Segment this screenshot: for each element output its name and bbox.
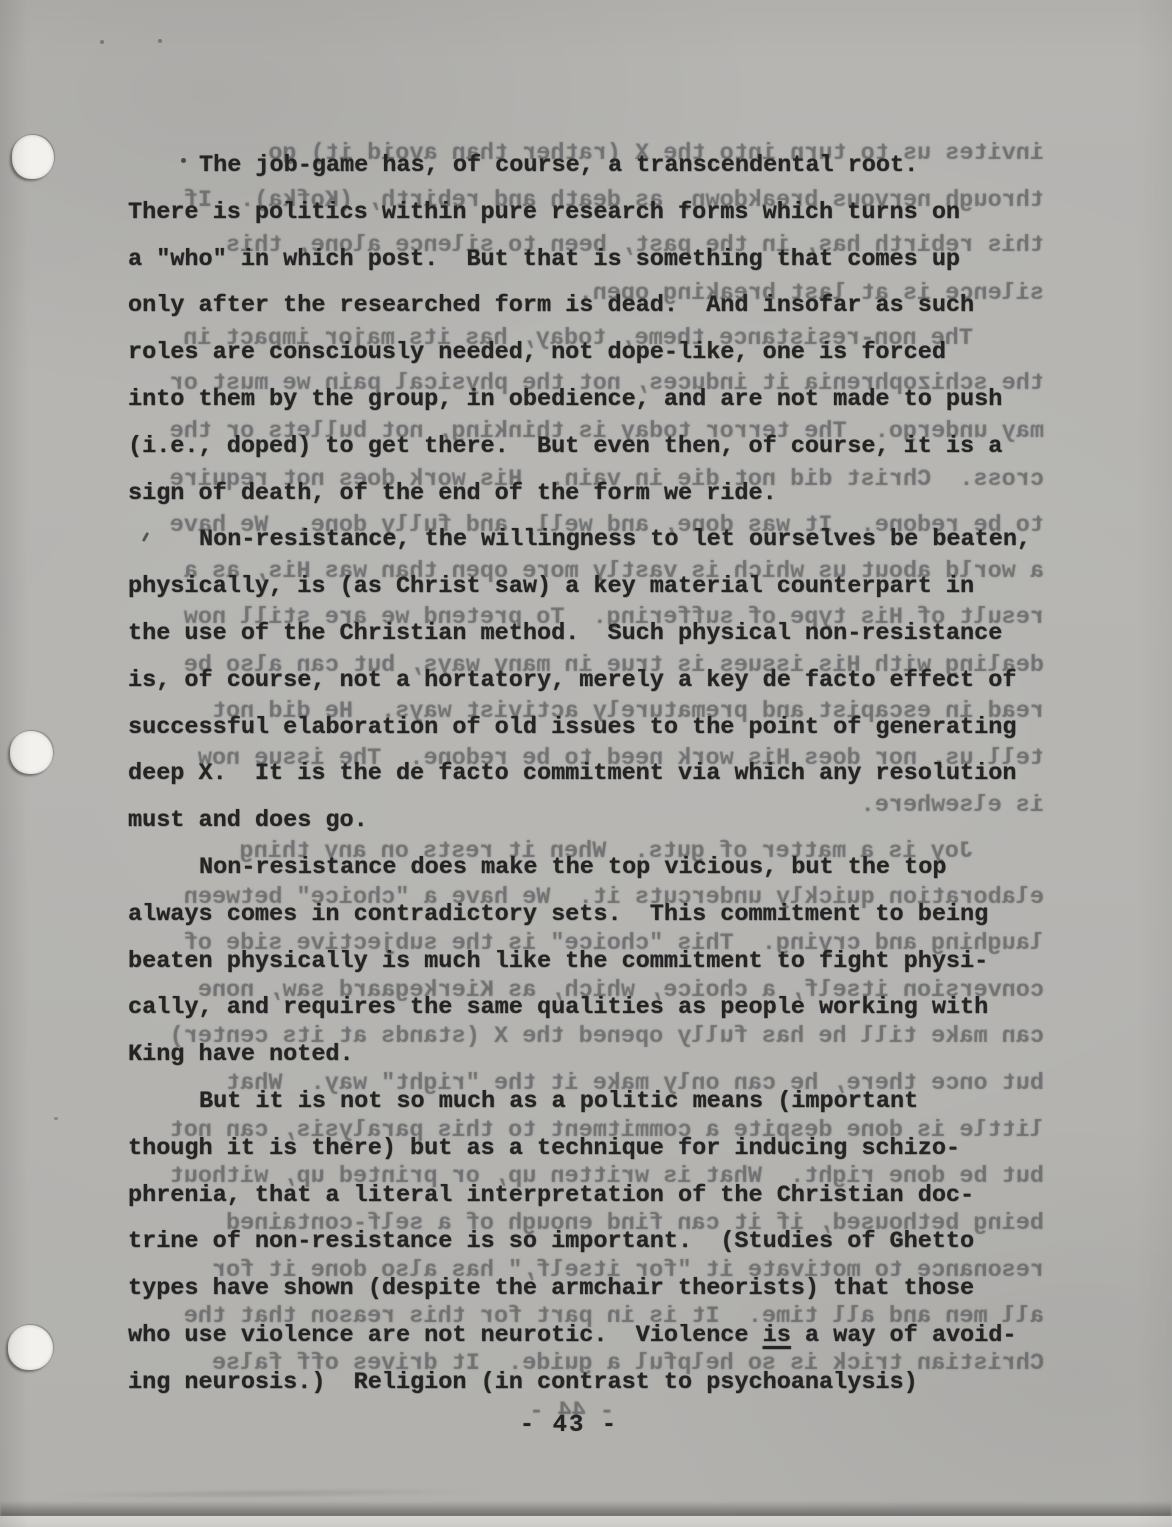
typed-line: physically, is (as Christ saw) a key mat… <box>128 564 1028 611</box>
typed-line: cally, and requires the same qualities a… <box>128 985 1028 1032</box>
hole-punch <box>12 135 54 179</box>
typed-line: a "who" in which post. But that is somet… <box>128 237 1028 284</box>
typed-line: trine of non-resistance is so important.… <box>128 1219 1028 1266</box>
typed-line: successful elaboration of old issues to … <box>128 705 1028 752</box>
typed-line: deep X. It is the de facto commitment vi… <box>128 751 1028 798</box>
typed-line: is, of course, not a hortatory, merely a… <box>128 658 1028 705</box>
typed-line: The job-game has, of course, a transcend… <box>128 143 1028 190</box>
paper-crease <box>50 1488 480 1500</box>
ink-speck <box>100 40 104 44</box>
typed-line: Non-resistance, the willingness to let o… <box>128 517 1028 564</box>
typed-segment: who use violence are not neurotic. Viole… <box>128 1322 763 1349</box>
typed-line: the use of the Christian method. Such ph… <box>128 611 1028 658</box>
hole-punch <box>10 731 53 774</box>
typed-line: always comes in contradictory sets. This… <box>128 892 1028 939</box>
typed-line: roles are consciously needed, not dope-l… <box>128 330 1028 377</box>
typed-line: though it is there) but as a technique f… <box>128 1126 1028 1173</box>
scanned-page: invites us to turn into the X (rather th… <box>0 0 1172 1527</box>
typed-line: sign of death, of the end of the form we… <box>128 471 1028 518</box>
typed-line: But it is not so much as a politic means… <box>128 1079 1028 1126</box>
ink-speck <box>54 1117 58 1120</box>
typed-line: King have noted. <box>128 1032 1028 1079</box>
typed-line-with-underline: who use violence are not neurotic. Viole… <box>128 1313 1028 1360</box>
typed-line: ing neurosis.) Religion (in contrast to … <box>128 1360 1028 1407</box>
typed-segment: a way of avoid- <box>791 1322 1017 1349</box>
typed-line: only after the researched form is dead. … <box>128 283 1028 330</box>
typed-line: Non-resistance does make the top vicious… <box>128 845 1028 892</box>
hole-punch <box>8 1325 53 1370</box>
scanner-bed-strip <box>0 1516 1172 1527</box>
typed-line: There is politics within pure research f… <box>128 190 1028 237</box>
typed-text: The job-game has, of course, a transcend… <box>128 143 1028 1407</box>
ink-speck <box>181 158 186 163</box>
ink-speck <box>158 39 162 43</box>
underlined-word: is <box>763 1322 791 1349</box>
typed-line: beaten physically is much like the commi… <box>128 939 1028 986</box>
typed-line: phrenia, that a literal interpretation o… <box>128 1173 1028 1220</box>
typed-line: into them by the group, in obedience, an… <box>128 377 1028 424</box>
typed-line: types have shown (despite the armchair t… <box>128 1266 1028 1313</box>
page-edge-shadow <box>0 1501 1172 1517</box>
typed-line: (i.e., doped) to get there. But even the… <box>128 424 1028 471</box>
page-number: - 43 - <box>128 1412 1010 1439</box>
typed-line: must and does go. <box>128 798 1028 845</box>
